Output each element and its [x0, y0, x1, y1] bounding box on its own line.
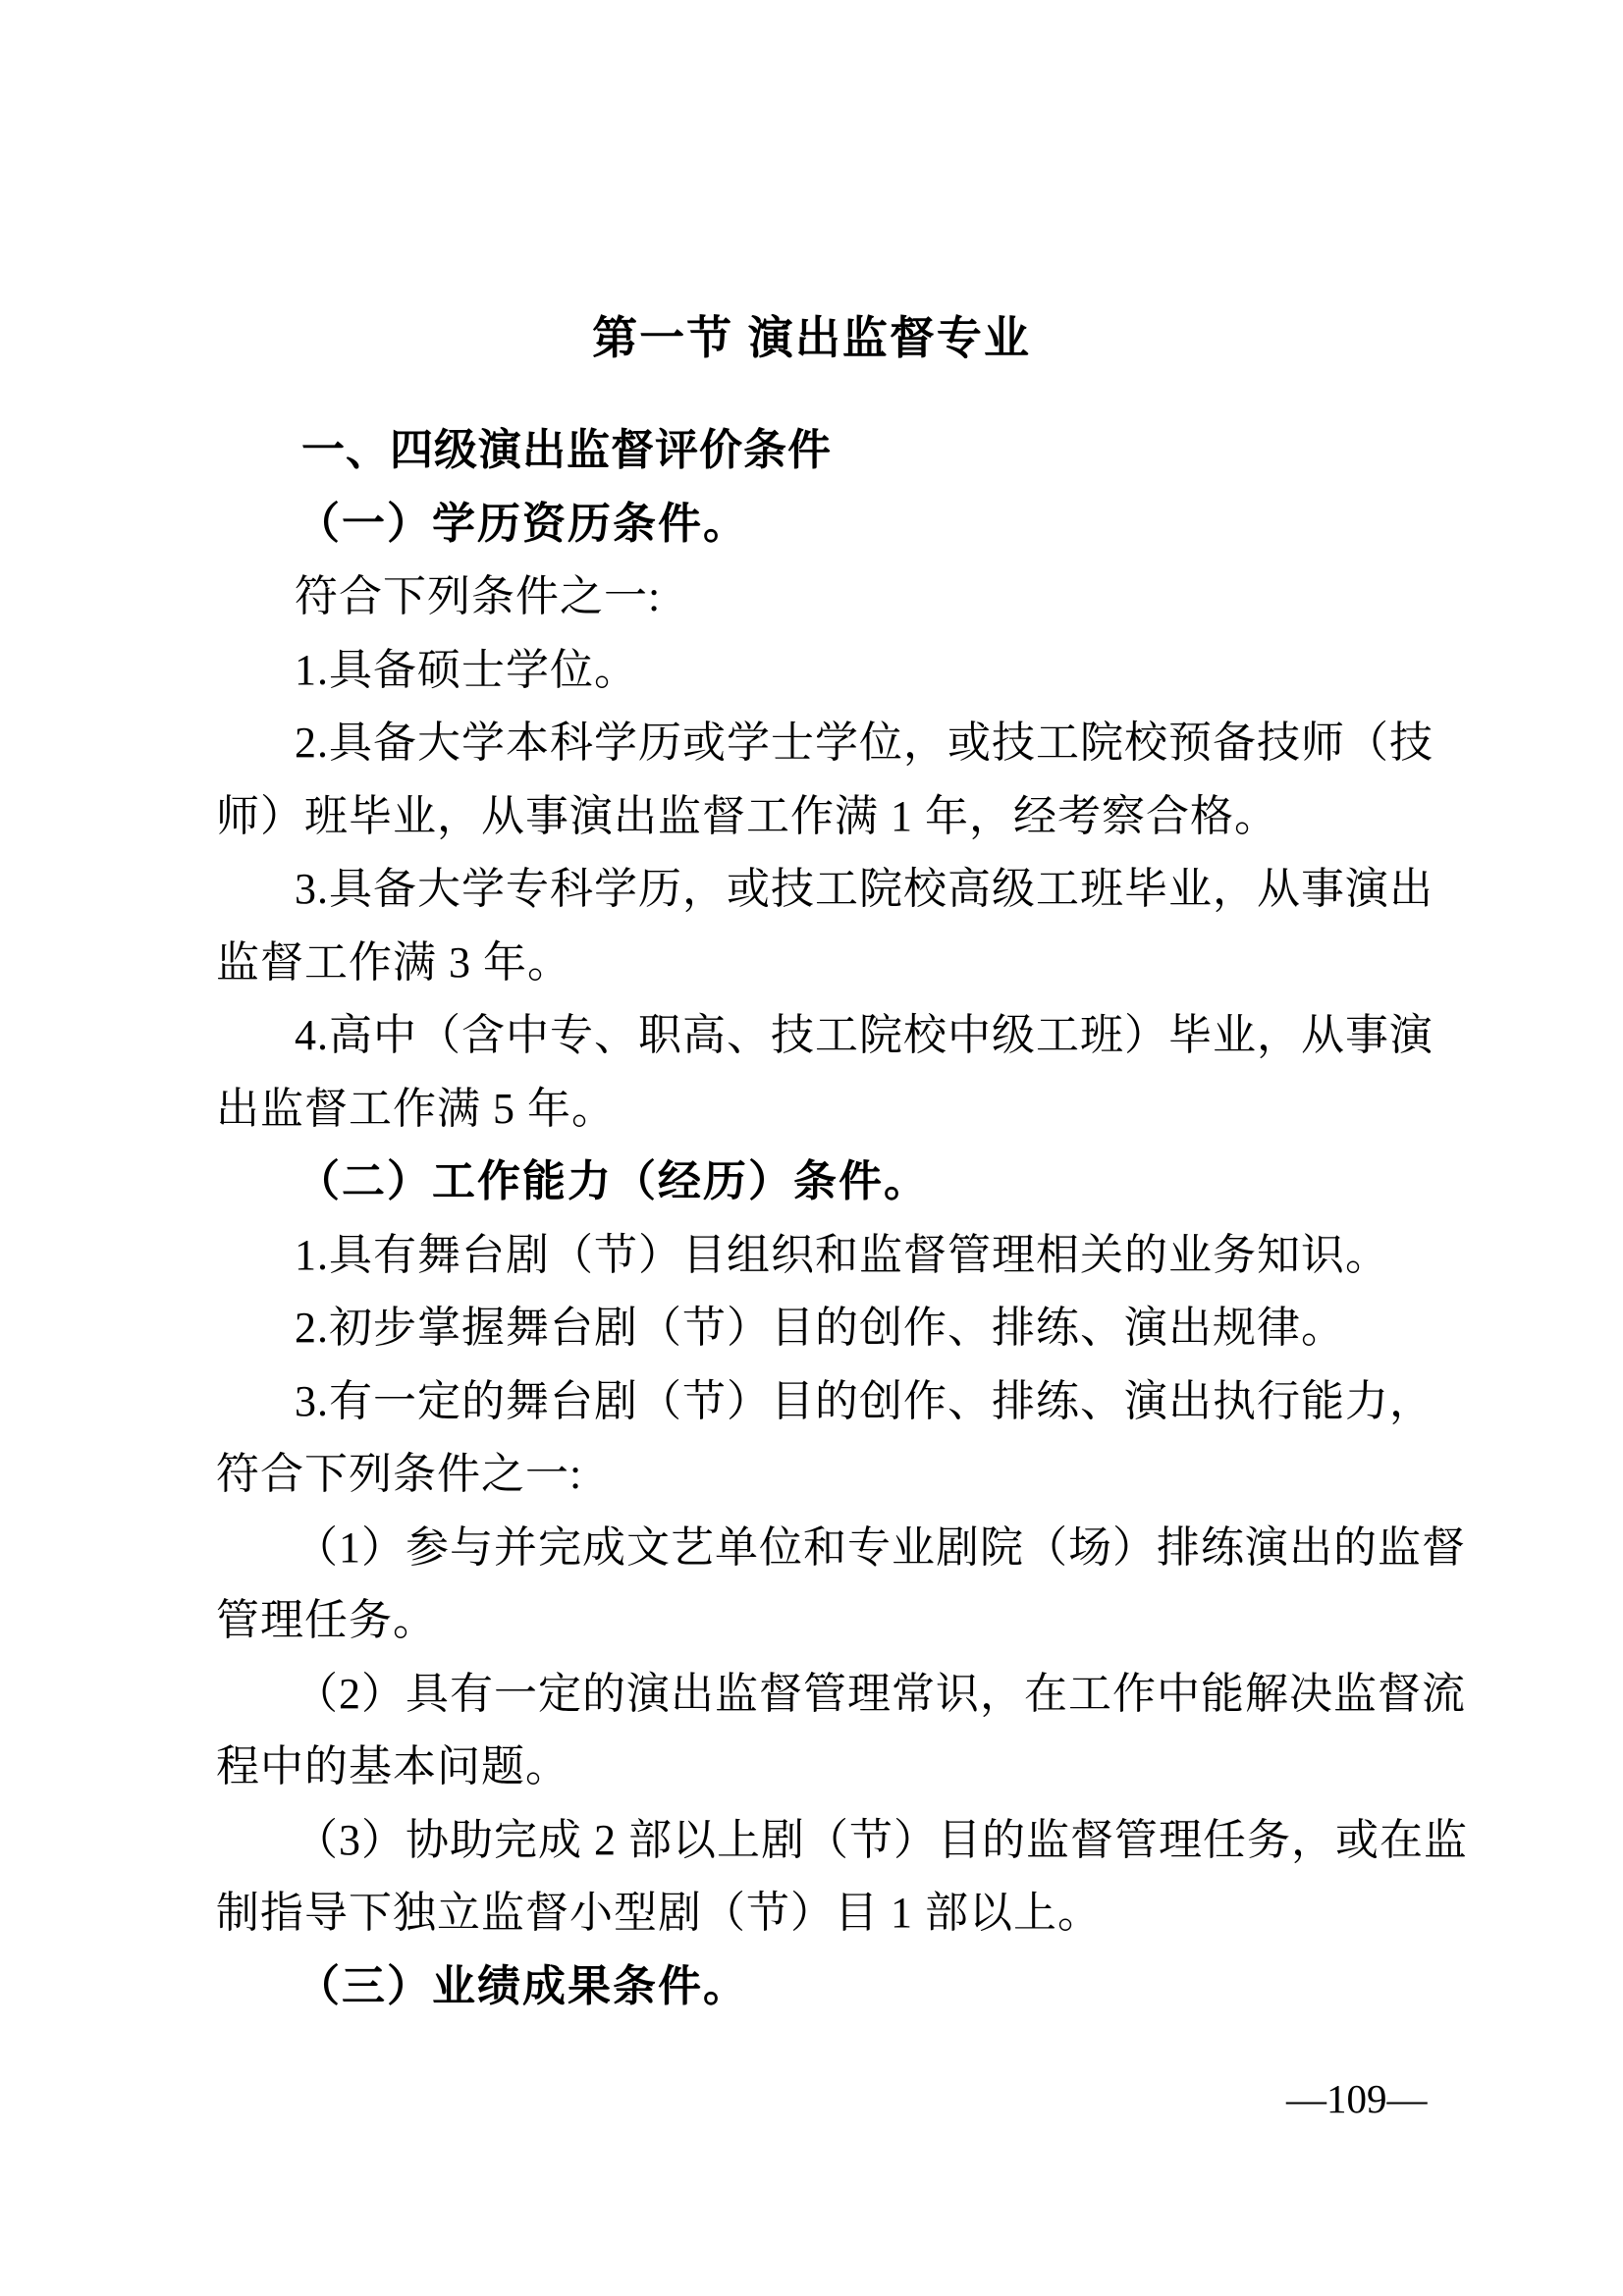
subheading-line: （二）工作能力（经历）条件。 [297, 1156, 929, 1207]
body-line: 程中的基本问题。 [216, 1741, 569, 1792]
body-line: 监督工作满 3 年。 [216, 937, 571, 988]
body-line: 1.具有舞台剧（节）目组织和监督管理相关的业务知识。 [295, 1230, 1389, 1281]
body-line: （3）协助完成 2 部以上剧（节）目的监督管理任务，或在监 [295, 1815, 1468, 1866]
body-line: （1）参与并完成文艺单位和专业剧院（场）排练演出的监督 [295, 1522, 1466, 1574]
body-line: 符合下列条件之一: [295, 571, 661, 622]
body-line: 师）班毕业，从事演出监督工作满 1 年，经考察合格。 [216, 791, 1278, 842]
page-number: —109— [1286, 2075, 1428, 2122]
body-line: 4.高中（含中专、职高、技工院校中级工班）毕业，从事演 [295, 1010, 1434, 1061]
subheading-line: （三）业绩成果条件。 [297, 1961, 748, 2012]
body-line: 1.具备硕士学位。 [295, 645, 638, 696]
body-line: 2.具备大学本科学历或学士学位，或技工院校预备技师（技 [295, 718, 1434, 769]
document-page: 第一节 演出监督专业 一、四级演出监督评价条件（一）学历资历条件。符合下列条件之… [0, 0, 1623, 2296]
body-line: 3.有一定的舞台剧（节）目的创作、排练、演出执行能力， [295, 1376, 1434, 1427]
body-line: 符合下列条件之一: [216, 1449, 582, 1500]
body-line: 制指导下独立监督小型剧（节）目 1 部以上。 [216, 1888, 1102, 1939]
heading-line: 一、四级演出监督评价条件 [301, 425, 832, 476]
body-line: 管理任务。 [216, 1595, 437, 1646]
body-line: 2.初步掌握舞台剧（节）目的创作、排练、演出规律。 [295, 1303, 1345, 1354]
body-line: 出监督工作满 5 年。 [216, 1084, 616, 1135]
section-title: 第一节 演出监督专业 [0, 302, 1623, 367]
subheading-line: （一）学历资历条件。 [297, 499, 748, 550]
body-line: 3.具备大学专科学历，或技工院校高级工班毕业，从事演出 [295, 864, 1434, 915]
body-line: （2）具有一定的演出监督管理常识，在工作中能解决监督流 [295, 1669, 1466, 1720]
